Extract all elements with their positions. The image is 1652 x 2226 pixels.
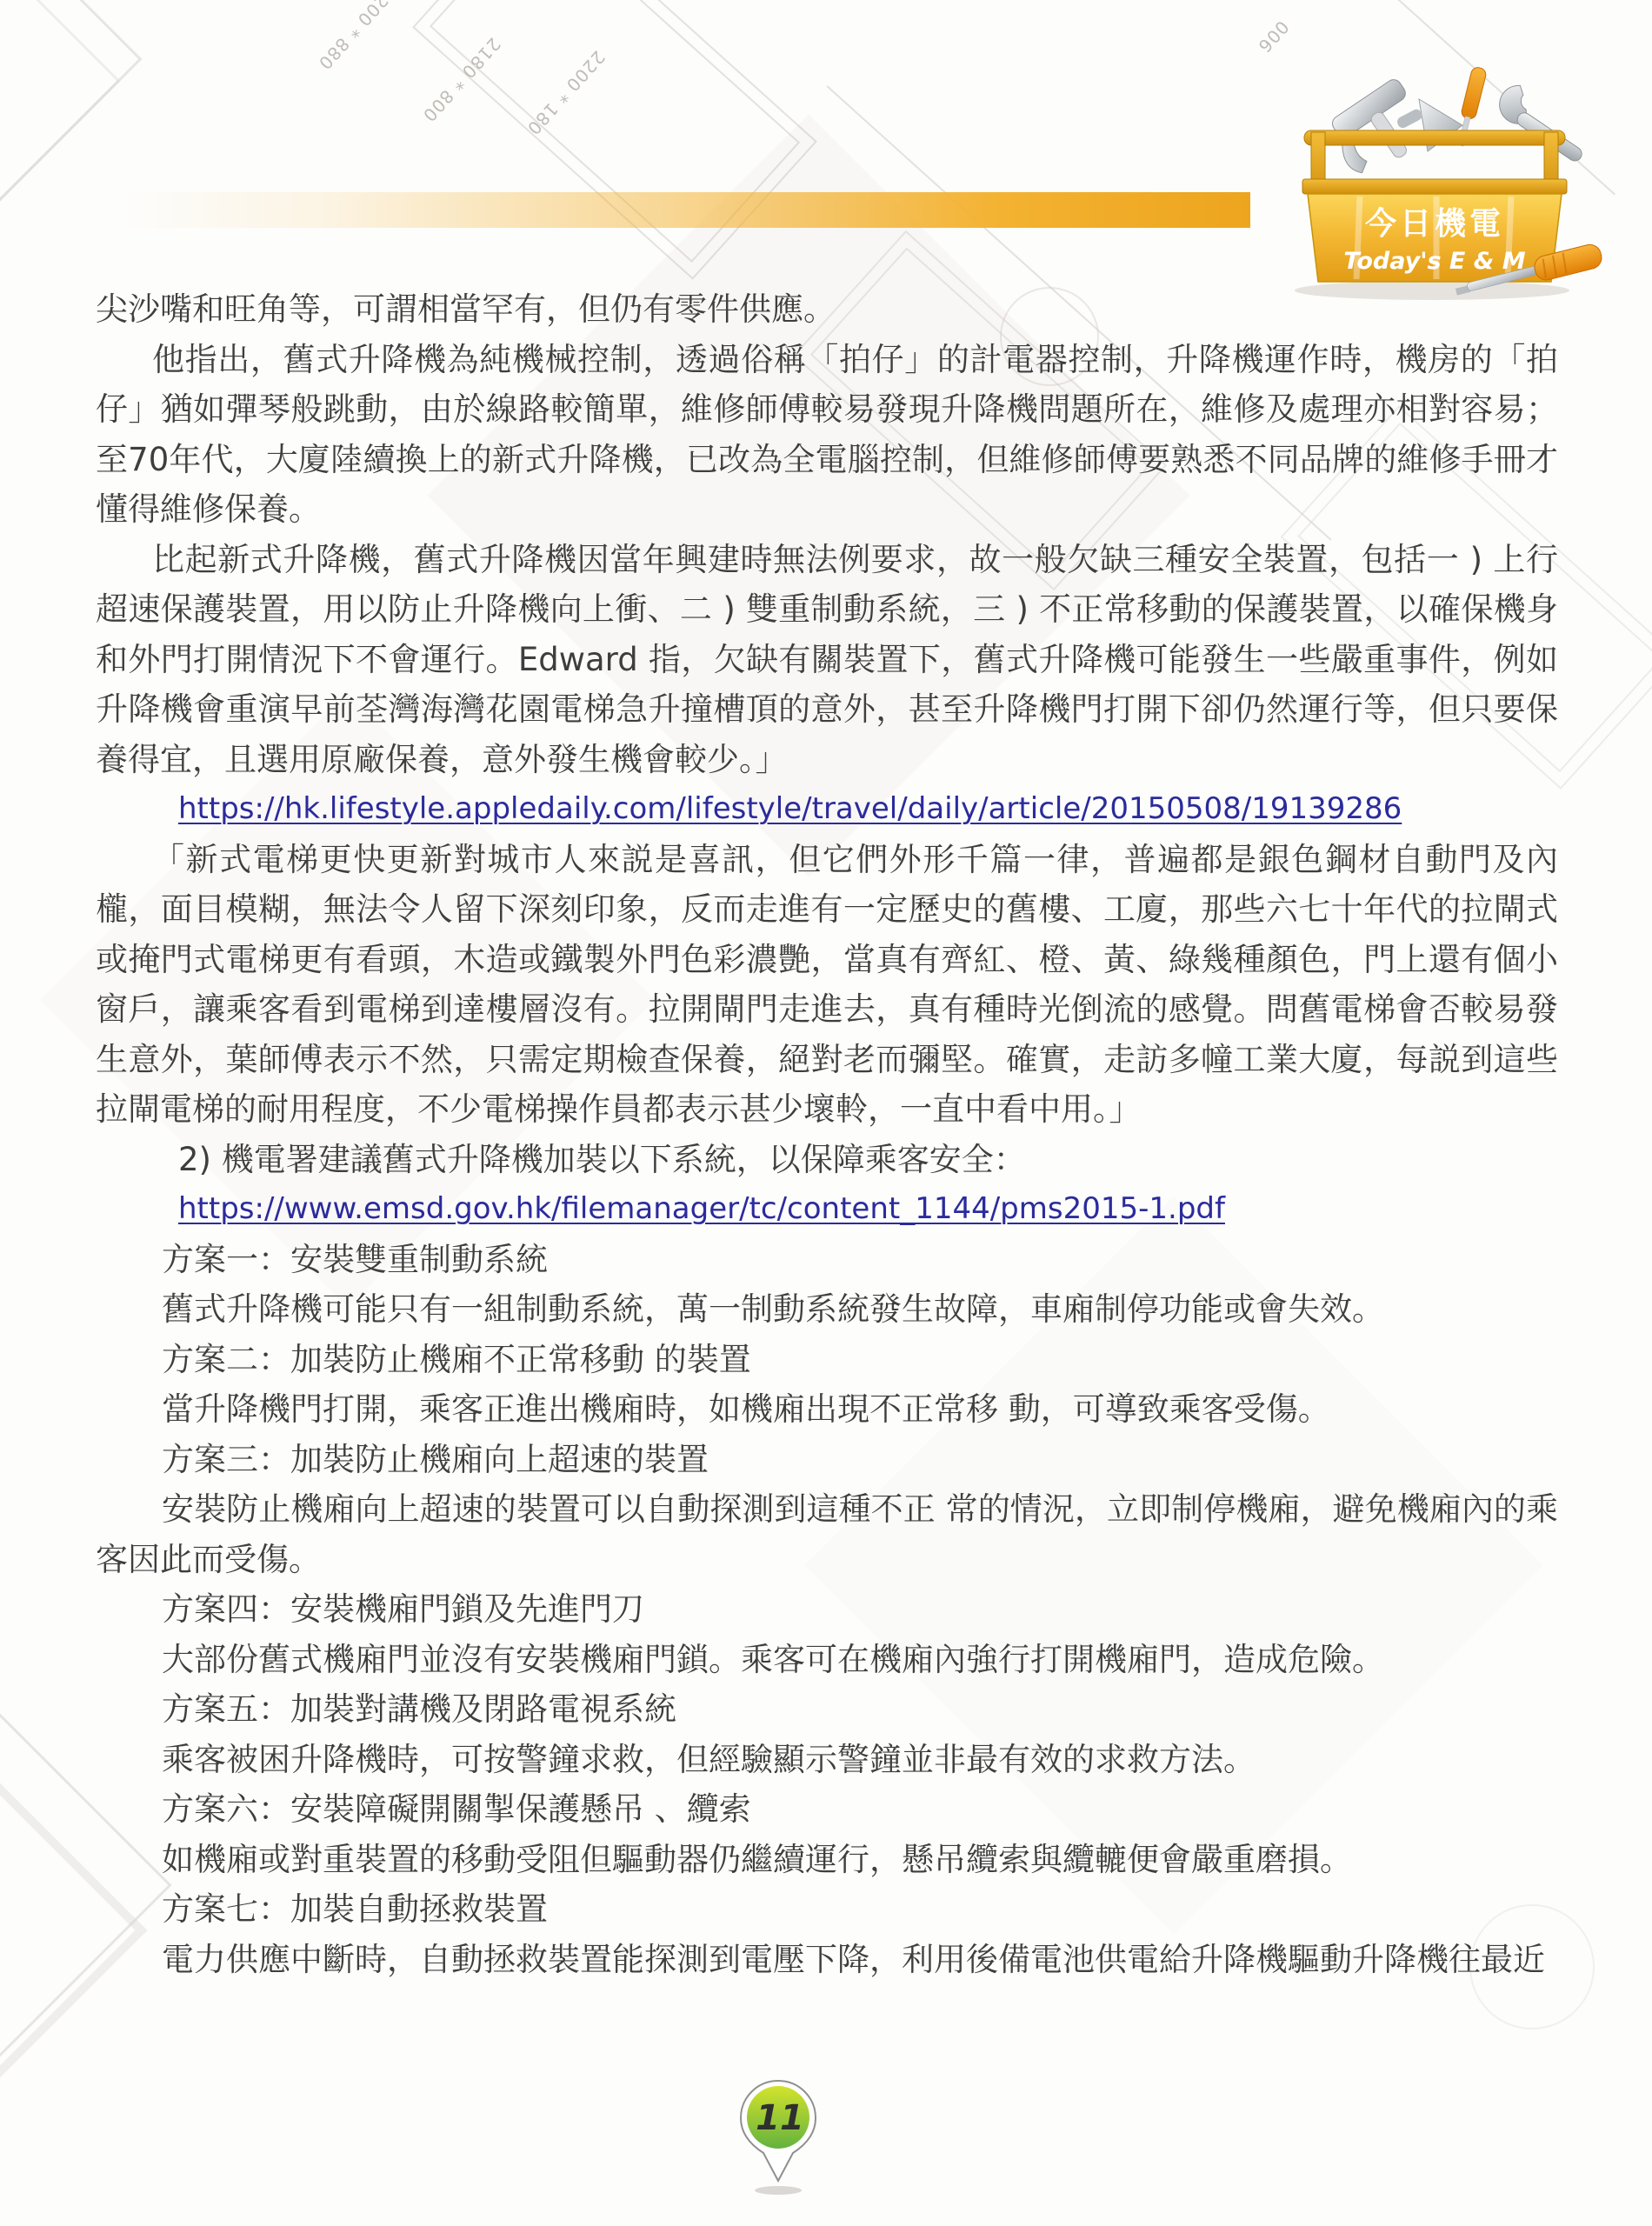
scheme-desc: 舊式升降機可能只有一組制動系統，萬一制動系統發生故障，車廂制停功能或會失效。 [96, 1284, 1558, 1335]
paragraph: 他指出，舊式升降機為純機械控制，透過俗稱「拍仔」的計電器控制，升降機運作時，機房… [96, 335, 1558, 535]
page-number-pin: 11 [735, 2078, 822, 2205]
toolbox-title-en: Today's E & M [1343, 248, 1525, 275]
pin-shadow [755, 2186, 802, 2195]
page-number: 11 [756, 2098, 804, 2138]
link-line: https://hk.lifestyle.appledaily.com/life… [96, 784, 1558, 835]
link-line: https://www.emsd.gov.hk/filemanager/tc/c… [96, 1184, 1558, 1235]
scheme-title: 方案一：安裝雙重制動系統 [96, 1235, 1558, 1285]
toolbox-graphic: 今日機電 Today's E & M [1262, 57, 1610, 311]
link-appledaily-article[interactable]: https://hk.lifestyle.appledaily.com/life… [178, 791, 1402, 826]
blueprint-dim-label: 900 [1255, 17, 1294, 57]
scheme-desc: 如機廂或對重裝置的移動受阻但驅動器仍繼續運行，懸吊纜索與纜轆便會嚴重磨損。 [96, 1835, 1558, 1885]
toolbox-handle [1304, 130, 1565, 145]
scheme-title: 方案四：安裝機廂門鎖及先進門刀 [96, 1584, 1558, 1635]
scheme-title: 方案三：加裝防止機廂向上超速的裝置 [96, 1435, 1558, 1485]
scheme-title: 方案六：安裝障礙開關掣保護懸吊 、纜索 [96, 1784, 1558, 1835]
scheme-title: 方案五：加裝對講機及閉路電視系統 [96, 1684, 1558, 1735]
paragraph: 尖沙嘴和旺角等，可謂相當罕有，但仍有零件供應。 [96, 284, 1558, 335]
toolbox-title-zh: 今日機電 [1365, 205, 1504, 242]
magazine-page: 2200 * 880 2180 * 800 2200 * 180 900 [0, 0, 1652, 2226]
scheme-desc: 乘客被困升降機時，可按警鐘求救，但經驗顯示警鐘並非最有效的求救方法。 [96, 1735, 1558, 1785]
scheme-desc: 大部份舊式機廂門並沒有安裝機廂門鎖。乘客可在機廂內強行打開機廂門，造成危險。 [96, 1635, 1558, 1685]
page-pin-graphic: 11 [735, 2078, 822, 2205]
scheme-desc: 當升降機門打開，乘客正進出機廂時，如機廂出現不正常移 動，可導致乘客受傷。 [96, 1384, 1558, 1435]
toolbox-lip [1302, 179, 1567, 194]
paragraph: 比起新式升降機，舊式升降機因當年興建時無法例要求，故一般欠缺三種安全裝置，包括一… [96, 535, 1558, 785]
wrench-icon [1492, 80, 1595, 165]
blueprint-dim-label: 2200 * 880 [314, 0, 400, 74]
scheme-title: 方案二：加裝防止機廂不正常移動 的裝置 [96, 1335, 1558, 1385]
article-content: 尖沙嘴和旺角等，可謂相當罕有，但仍有零件供應。 他指出，舊式升降機為純機械控制，… [96, 284, 1558, 1984]
link-emsd-pdf[interactable]: https://www.emsd.gov.hk/filemanager/tc/c… [178, 1191, 1225, 1226]
header-accent-bar [120, 192, 1250, 228]
scheme-desc: 電力供應中斷時，自動拯救裝置能探測到電壓下降，利用後備電池供電給升降機驅動升降機… [96, 1935, 1558, 1985]
paragraph: 「新式電梯更快更新對城市人來説是喜訊，但它們外形千篇一律，普遍都是銀色鋼材自動門… [96, 835, 1558, 1135]
scheme-desc: 安裝防止機廂向上超速的裝置可以自動探測到這種不正 常的情況，立即制停機廂，避免機… [96, 1484, 1558, 1584]
numbered-item: 2) 機電署建議舊式升降機加裝以下系統，以保障乘客安全： [96, 1135, 1558, 1185]
toolbox-logo: 今日機電 Today's E & M [1262, 57, 1610, 311]
scheme-title: 方案七：加裝自動拯救裝置 [96, 1884, 1558, 1935]
